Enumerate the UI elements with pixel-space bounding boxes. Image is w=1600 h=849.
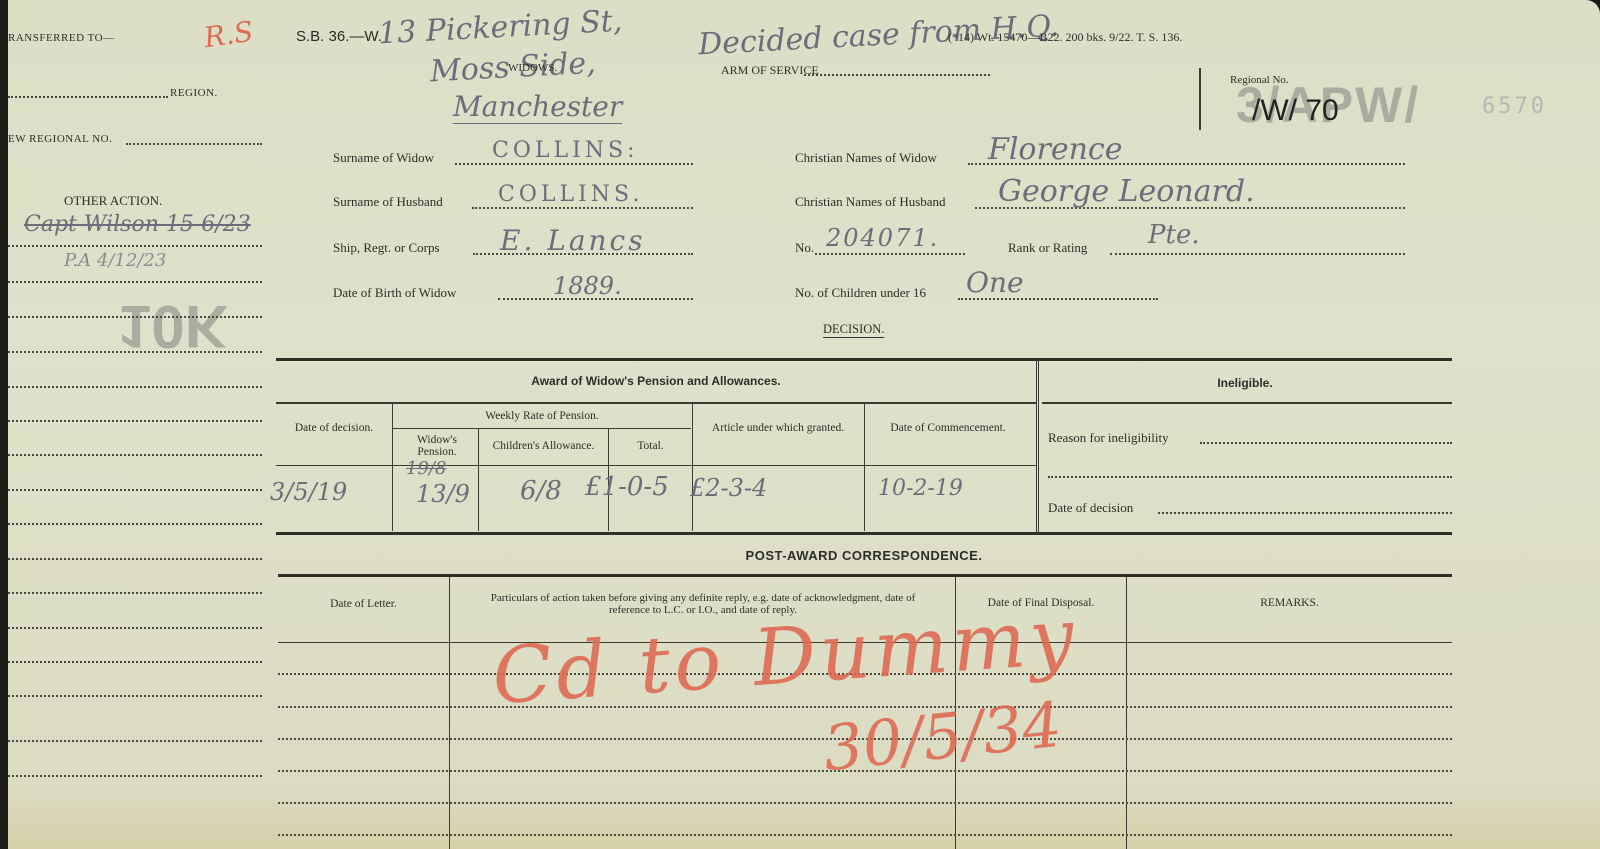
rank-dots <box>1110 253 1405 255</box>
col-weekly-rate: Weekly Rate of Pension. <box>393 410 691 422</box>
children-under-16-value: One <box>966 266 1024 299</box>
surname-widow-dots <box>455 163 693 165</box>
post-award-top-rule <box>278 574 1452 577</box>
left-dots-13 <box>8 661 262 663</box>
col-widows-pension: Widow's Pension. <box>396 434 478 458</box>
row-widows-pension: 13/9 <box>416 480 470 508</box>
decision-bottom-rule <box>276 532 1452 535</box>
award-header-rule <box>276 402 1036 404</box>
left-dots-11 <box>8 592 262 594</box>
dob-widow-value: 1889. <box>553 272 622 300</box>
left-dots-8 <box>8 489 262 491</box>
ineligible-date-label: Date of decision <box>1048 500 1133 516</box>
decision-top-rule <box>276 358 1452 361</box>
left-dots-2 <box>8 281 262 283</box>
col-divider-2 <box>692 403 693 531</box>
surname-husband-value: COLLINS. <box>498 182 643 207</box>
left-dots-4 <box>8 351 262 353</box>
other-action-entry-2: P.A 4/12/23 <box>64 250 166 271</box>
christian-husband-label: Christian Names of Husband <box>795 194 946 210</box>
surname-husband-dots <box>472 207 693 209</box>
left-dots-15 <box>8 740 262 742</box>
ineligible-date-dots <box>1158 512 1452 514</box>
service-no-dots <box>815 253 965 255</box>
rank-label: Rank or Rating <box>1008 240 1087 256</box>
surname-husband-label: Surname of Husband <box>333 194 443 210</box>
left-dots-12 <box>8 627 262 629</box>
col-article: Article under which granted. <box>708 422 848 434</box>
row-date-of-decision: 3/5/19 <box>270 478 347 506</box>
ineligible-header-rule <box>1042 402 1452 404</box>
pa-col-divider-3 <box>1126 577 1127 849</box>
pa-col-divider-1 <box>449 577 450 849</box>
pa-col-date-of-letter: Date of Letter. <box>278 598 449 610</box>
left-dots-14 <box>8 695 262 697</box>
children-under-16-label: No. of Children under 16 <box>795 285 926 301</box>
other-action-title: OTHER ACTION. <box>64 193 162 209</box>
weekly-rate-rule <box>393 428 691 429</box>
pa-dots-5 <box>278 802 1452 804</box>
stamp-number: 6570 <box>1482 94 1547 119</box>
left-dots-6 <box>8 420 262 422</box>
reason-ineligibility-dots <box>1200 442 1452 444</box>
row-childrens-allowance: 6/8 <box>520 476 562 506</box>
reason-ineligibility-dots-2 <box>1048 476 1452 478</box>
col-divider-1 <box>392 403 393 531</box>
service-no-value: 204071. <box>826 224 939 252</box>
address-line-3: Manchester <box>453 90 622 124</box>
form-code: S.B. 36.—W. <box>296 28 382 45</box>
col-divider-3 <box>864 403 865 531</box>
left-dots-1 <box>8 245 262 247</box>
decision-title: DECISION. <box>823 322 884 338</box>
service-no-label: No. <box>795 240 814 256</box>
ship-regt-corps-label: Ship, Regt. or Corps <box>333 240 440 256</box>
new-regional-no-dots <box>126 143 262 145</box>
surname-widow-label: Surname of Widow <box>333 150 434 166</box>
other-action-entry-1: Capt Wilson 15-6/23 <box>24 212 251 237</box>
regional-divider <box>1199 68 1201 130</box>
row-date-commencement: 10-2-19 <box>878 476 963 501</box>
post-award-title: POST-AWARD CORRESPONDENCE. <box>276 548 1452 563</box>
col-date-of-decision: Date of decision. <box>276 422 392 434</box>
new-regional-no-label: EW REGIONAL NO. <box>8 133 112 145</box>
col-childrens-allowance: Children's Allowance. <box>479 440 608 452</box>
row-total: £1-0-5 <box>585 472 669 502</box>
dob-widow-label: Date of Birth of Widow <box>333 285 456 301</box>
reason-ineligibility-label: Reason for ineligibility <box>1048 430 1169 446</box>
left-dots-5 <box>8 386 262 388</box>
transferred-mark: R.S <box>202 15 255 55</box>
left-dots-9 <box>8 523 262 525</box>
col-date-commencement: Date of Commencement. <box>878 422 1018 434</box>
pa-dots-6 <box>278 834 1452 836</box>
surname-widow-value: COLLINS: <box>492 138 639 163</box>
pa-col-remarks: REMARKS. <box>1127 597 1452 609</box>
transferred-to-label: RANSFERRED TO— <box>8 32 115 44</box>
left-dots-10 <box>8 558 262 560</box>
left-dots-3 <box>8 316 262 318</box>
print-info: (*14) Wt. 15470—B22. 200 bks. 9/22. T. S… <box>948 30 1182 45</box>
pension-record-card: RANSFERRED TO— R.S S.B. 36.—W. 13 Picker… <box>8 0 1600 849</box>
row-widows-pension-struck: 19/8 <box>406 458 446 479</box>
region-label: REGION. <box>170 87 218 99</box>
regional-no-value: /W/ 70 <box>1252 94 1339 128</box>
col-total: Total. <box>609 440 692 452</box>
rank-value: Pte. <box>1148 220 1200 250</box>
ship-regt-corps-value: E. Lancs <box>500 224 646 257</box>
christian-widow-label: Christian Names of Widow <box>795 150 937 166</box>
row-article: £2-3-4 <box>690 474 767 502</box>
arm-of-service-dots <box>804 74 990 76</box>
award-ineligible-divider <box>1036 360 1039 532</box>
ineligible-title: Ineligible. <box>1038 376 1452 390</box>
award-title: Award of Widow's Pension and Allowances. <box>276 374 1036 388</box>
christian-widow-value: Florence <box>988 132 1122 167</box>
address-line-1: 13 Pickering St, <box>377 4 623 52</box>
christian-husband-value: George Leonard. <box>998 174 1255 209</box>
left-dots-16 <box>8 775 262 777</box>
widows-label: WIDOWS. <box>508 62 557 74</box>
left-dots-7 <box>8 454 262 456</box>
award-subheader-rule <box>276 465 1036 466</box>
region-dots <box>8 96 168 98</box>
